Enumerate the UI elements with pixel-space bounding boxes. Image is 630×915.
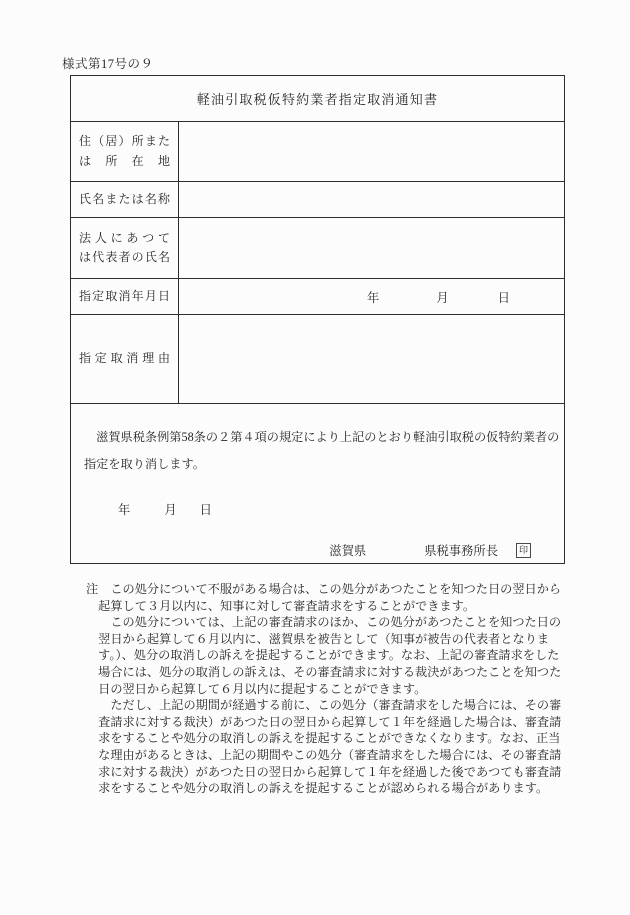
- address-row: 住（居）所また は所在地: [71, 121, 564, 181]
- name-value: [179, 182, 564, 217]
- issue-month-label: 月: [164, 503, 176, 517]
- representative-label-cell: 法人にあつて は代表者の氏名: [71, 218, 179, 278]
- name-row: 氏名または名称: [71, 181, 564, 217]
- reason-value: [179, 315, 564, 403]
- note-text: 注 この処分について不服がある場合は、この処分があつたことを知つた日の翌日から …: [86, 581, 578, 797]
- cancel-year-label: 年: [367, 291, 379, 305]
- tax-office-chief-label: 県税事務所長: [424, 541, 498, 559]
- document-sheet: 様式第17号の９ 軽油引取税仮特約業者指定取消通知書 住（居）所また は所在地 …: [0, 0, 630, 915]
- cancel-day-label: 日: [498, 291, 510, 305]
- name-label: 氏名または名称: [79, 190, 170, 209]
- form-number: 様式第17号の９: [62, 54, 154, 72]
- representative-row: 法人にあつて は代表者の氏名: [71, 217, 564, 278]
- document-title: 軽油引取税仮特約業者指定取消通知書: [197, 89, 438, 108]
- issue-year-label: 年: [118, 503, 130, 517]
- cancel-date-row: 指定取消年月日 年月日: [71, 278, 564, 314]
- cancel-month-label: 月: [436, 291, 448, 305]
- seal-mark: 印: [516, 543, 531, 558]
- reason-label-cell: 指定取消理由: [71, 315, 179, 403]
- notice-table: 軽油引取税仮特約業者指定取消通知書 住（居）所また は所在地 氏名または名称 法…: [70, 75, 565, 564]
- issue-date-line: 年月日: [71, 500, 564, 518]
- statement-text: 滋賀県税条例第58条の２第４項の規定により上記のとおり軽油引取税の仮特約業者の …: [71, 404, 564, 478]
- address-label: 住（居）所また は所在地: [79, 132, 170, 170]
- statement-section: 滋賀県税条例第58条の２第４項の規定により上記のとおり軽油引取税の仮特約業者の …: [71, 403, 564, 563]
- cancel-date-value: 年月日: [179, 279, 564, 314]
- prefecture-label: 滋賀県: [329, 541, 366, 559]
- representative-value: [179, 218, 564, 278]
- issue-day-label: 日: [200, 503, 212, 517]
- representative-label: 法人にあつて は代表者の氏名: [79, 229, 170, 267]
- reason-row: 指定取消理由: [71, 314, 564, 403]
- signature-line: 滋賀県 県税事務所長 印: [329, 541, 531, 559]
- address-value: [179, 122, 564, 181]
- document-title-row: 軽油引取税仮特約業者指定取消通知書: [71, 76, 564, 121]
- address-label-cell: 住（居）所また は所在地: [71, 122, 179, 181]
- cancel-date-label-cell: 指定取消年月日: [71, 279, 179, 314]
- reason-label: 指定取消理由: [79, 349, 170, 368]
- cancel-date-label: 指定取消年月日: [79, 287, 170, 306]
- name-label-cell: 氏名または名称: [71, 182, 179, 217]
- cancel-date-placeholders: 年月日: [367, 288, 510, 306]
